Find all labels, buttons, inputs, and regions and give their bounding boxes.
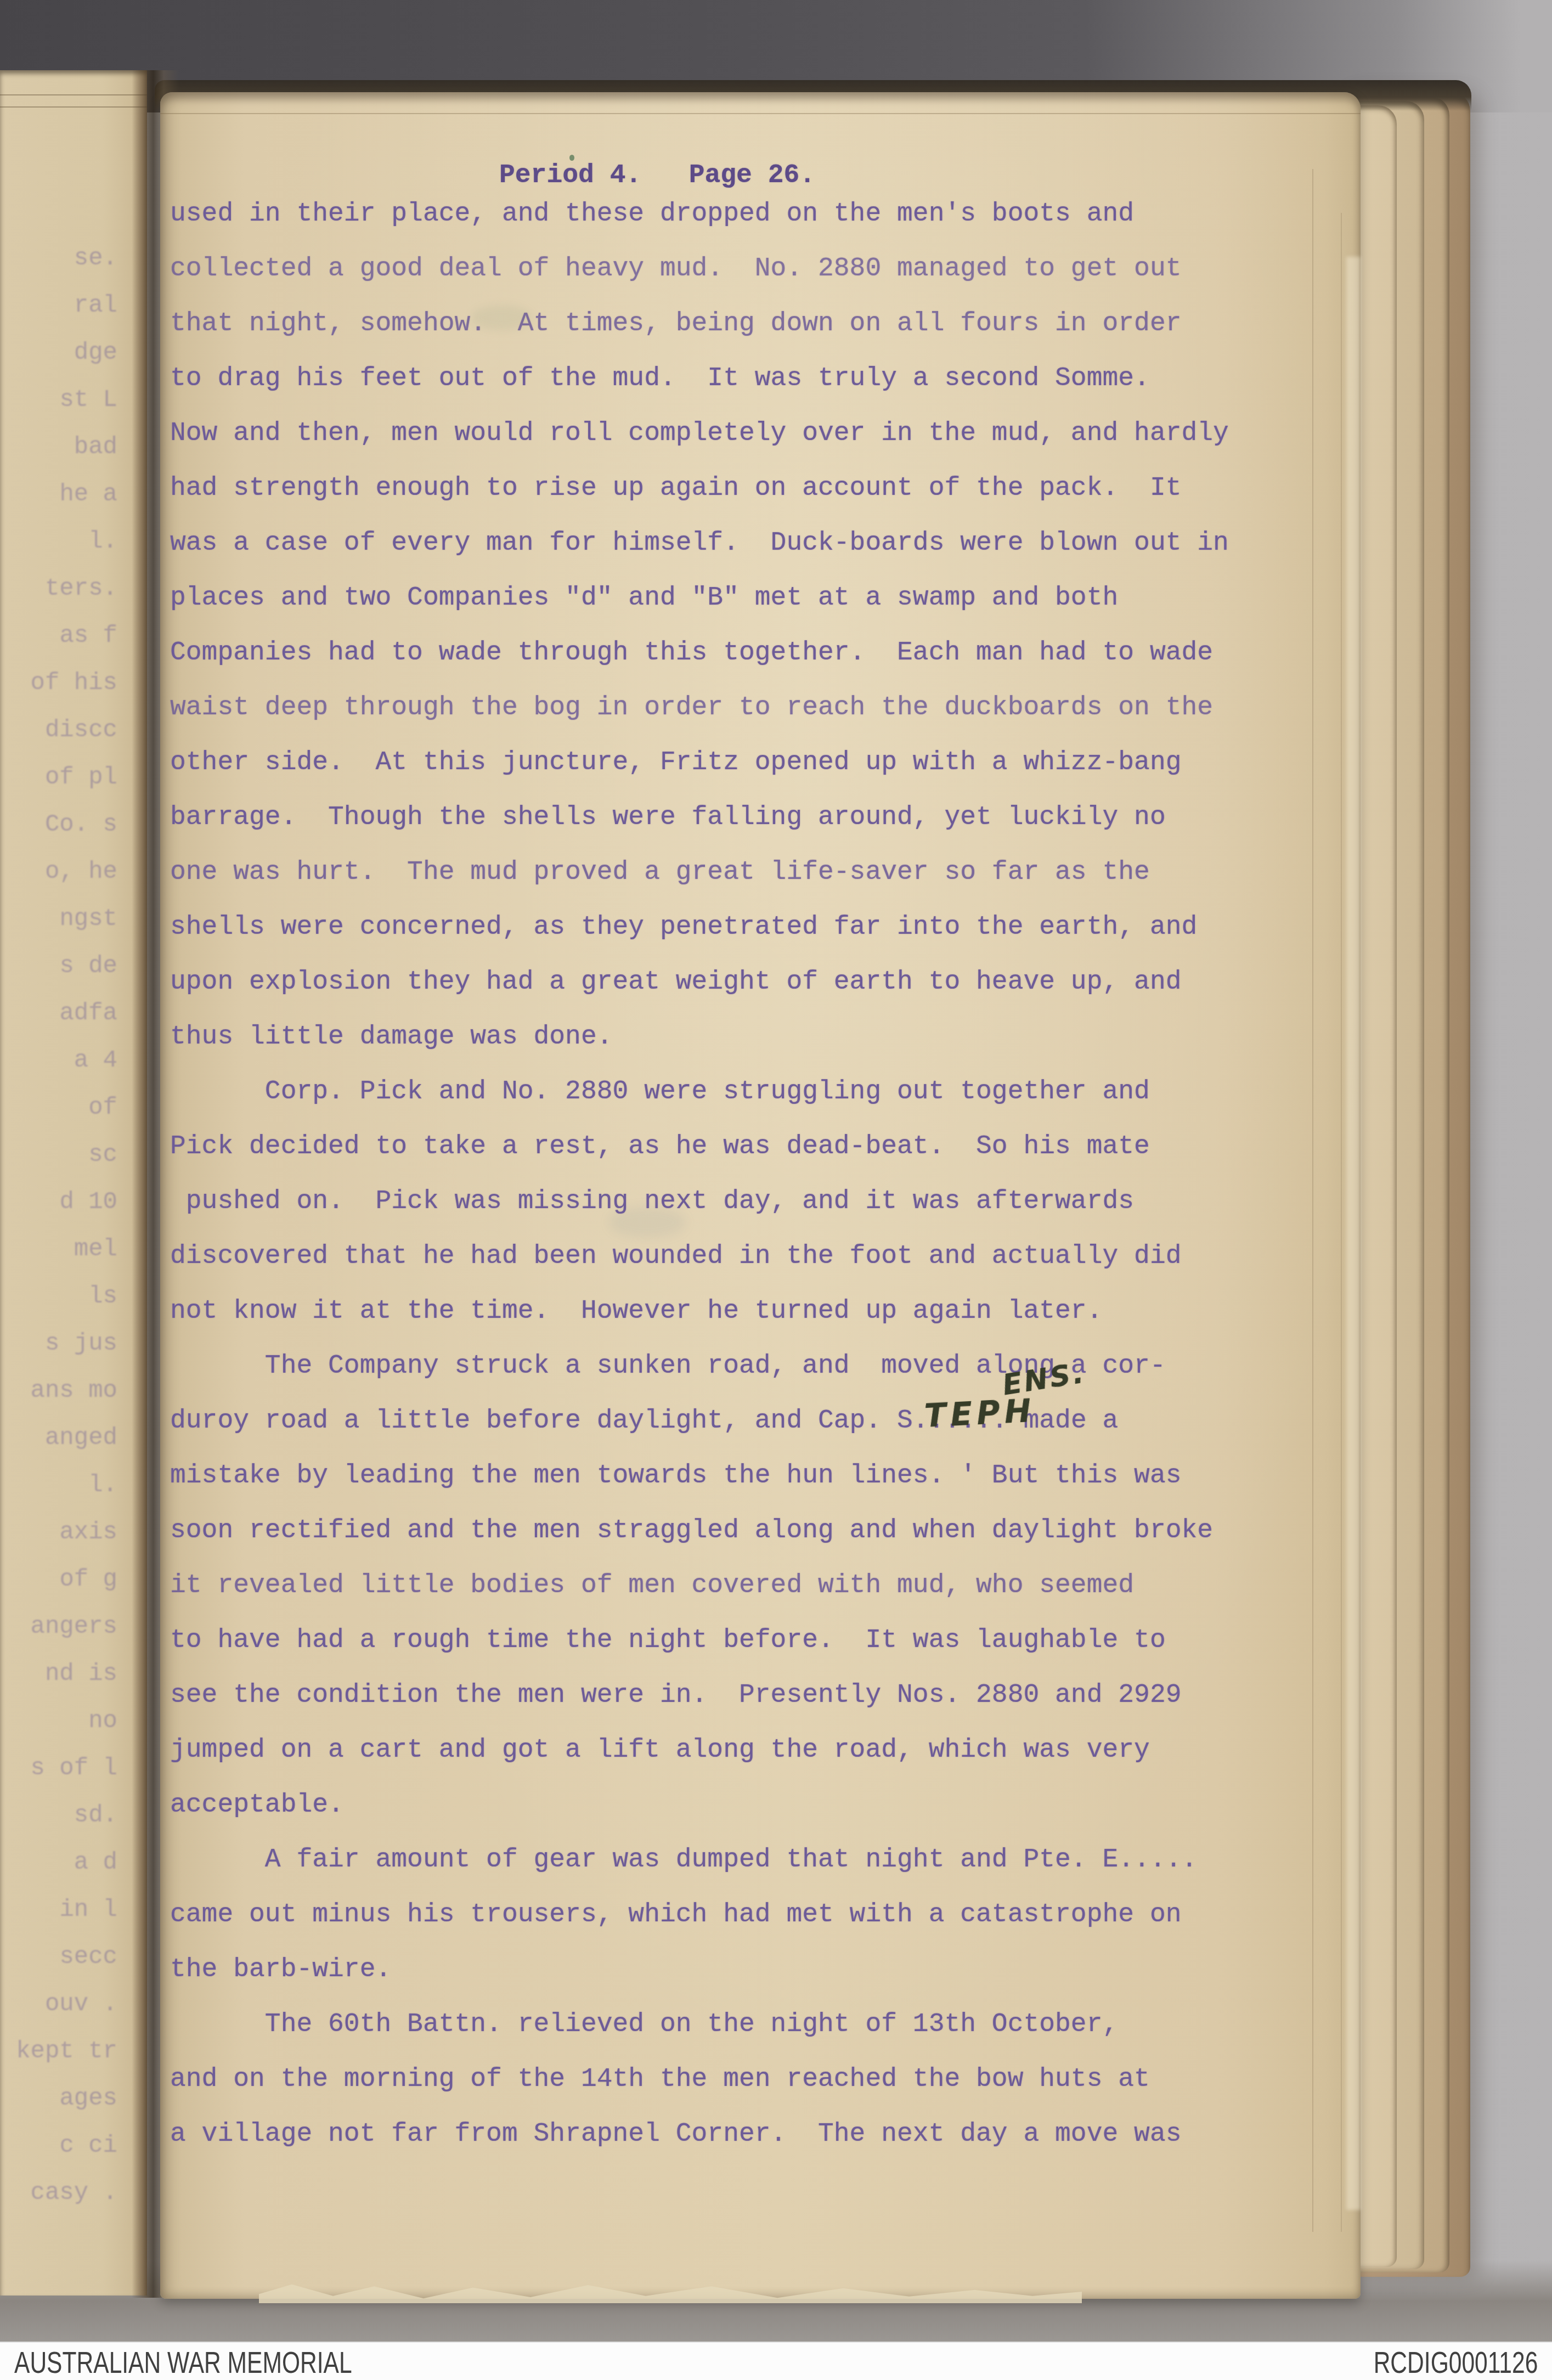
typed-line-censored-name: duroy road a little before daylight, and… — [170, 1394, 1118, 1448]
faint-text-fragment: sd. — [0, 1792, 117, 1839]
faint-text-fragment: sc — [0, 1131, 117, 1178]
faint-text-fragment: l. — [0, 518, 117, 565]
typed-line: jumped on a cart and got a lift along th… — [170, 1723, 1213, 1778]
faint-text-fragment: ans mo — [0, 1367, 117, 1414]
faint-text-fragment: kept tr — [0, 2028, 117, 2075]
faint-text-fragment: d 10 — [0, 1178, 117, 1226]
faint-text-fragment: axis — [0, 1509, 117, 1556]
typed-line: the barb-wire. — [170, 1942, 1213, 1997]
left-page-crease — [0, 106, 147, 108]
faint-text-fragment: secc — [0, 1933, 117, 1981]
typed-line: not know it at the time. However he turn… — [170, 1284, 1229, 1339]
typed-line: discovered that he had been wounded in t… — [170, 1229, 1229, 1284]
censored-name-dots: .....TEPHENS. — [929, 1394, 1008, 1448]
typed-paragraphs-top: used in their place, and these dropped o… — [170, 187, 1229, 1394]
faint-text-fragment: a 4 — [0, 1037, 117, 1084]
typed-line: and on the morning of the 14th the men r… — [170, 2052, 1213, 2107]
typed-line: that night, somehow. At times, being dow… — [170, 296, 1229, 351]
faint-text-fragment: ngst — [0, 895, 117, 943]
typed-line: a village not far from Shrapnel Corner. … — [170, 2107, 1213, 2162]
footer-reference-id: RCDIG0001126 — [1373, 2344, 1538, 2380]
typed-line: it revealed little bodies of men covered… — [170, 1558, 1213, 1613]
faint-text-fragment: ls — [0, 1273, 117, 1320]
typed-line: acceptable. — [170, 1778, 1213, 1832]
faint-text-fragment: discc — [0, 707, 117, 754]
faint-text-fragment: o, he — [0, 848, 117, 895]
page-top-crease — [160, 113, 1361, 114]
faint-text-fragment: ters. — [0, 565, 117, 612]
typed-line: Corp. Pick and No. 2880 were struggling … — [170, 1064, 1229, 1119]
typed-line: shells were concerned, as they penetrate… — [170, 900, 1229, 955]
faint-text-fragment: ouv . — [0, 1981, 117, 2028]
typed-line: places and two Companies "d" and "B" met… — [170, 571, 1229, 625]
faint-text-fragment: dge — [0, 329, 117, 376]
typed-line: came out minus his trousers, which had m… — [170, 1887, 1213, 1942]
typed-line: Now and then, men would roll completely … — [170, 406, 1229, 461]
typed-line: upon explosion they had a great weight o… — [170, 955, 1229, 1009]
faint-text-fragment: nd is — [0, 1650, 117, 1697]
left-page-sliver: se.raldgest Lbadhe al.ters.as fof hisdis… — [0, 70, 147, 2296]
typed-text-before-name: duroy road a little before daylight, and… — [170, 1406, 929, 1436]
faint-text-fragment: of his — [0, 659, 117, 707]
typed-line: to drag his feet out of the mud. It was … — [170, 351, 1229, 406]
footer-archive-name: AUSTRALIAN WAR MEMORIAL — [14, 2344, 352, 2380]
typed-line: see the condition the men were in. Prese… — [170, 1668, 1213, 1723]
faint-text-fragment: casy . — [0, 2169, 117, 2217]
typed-line: mistake by leading the men towards the h… — [170, 1448, 1213, 1503]
typed-line: pushed on. Pick was missing next day, an… — [170, 1174, 1229, 1229]
typed-line: thus little damage was done. — [170, 1009, 1229, 1064]
faint-text-fragment: a d — [0, 1839, 117, 1886]
typed-line: one was hurt. The mud proved a great lif… — [170, 845, 1229, 900]
typed-paragraphs-bottom: mistake by leading the men towards the h… — [170, 1448, 1213, 2162]
typed-line: collected a good deal of heavy mud. No. … — [170, 241, 1229, 296]
page-vertical-crease — [1341, 213, 1342, 2232]
faint-text-fragment: no — [0, 1697, 117, 1745]
faint-text-fragment: of g — [0, 1556, 117, 1603]
torn-bottom-edge — [259, 2279, 1082, 2303]
faint-text-fragment: he a — [0, 471, 117, 518]
faint-text-fragment: se. — [0, 235, 117, 282]
footer-bar: AUSTRALIAN WAR MEMORIAL RCDIG0001126 — [0, 2342, 1552, 2380]
typed-line: soon rectified and the men straggled alo… — [170, 1503, 1213, 1558]
left-page-crease — [0, 94, 147, 95]
faint-text-fragment: mel — [0, 1226, 117, 1273]
faint-text-fragment: st L — [0, 376, 117, 424]
faint-text-fragment: adfa — [0, 990, 117, 1037]
faint-text-fragment: anged — [0, 1414, 117, 1462]
faint-text-fragment: s of l — [0, 1745, 117, 1792]
typed-line: was a case of every man for himself. Duc… — [170, 516, 1229, 571]
typed-line: to have had a rough time the night befor… — [170, 1613, 1213, 1668]
faint-text-fragment: as f — [0, 612, 117, 659]
faint-text-fragment: in l — [0, 1886, 117, 1933]
page-fold-highlight — [1346, 257, 1361, 2210]
typed-line: Pick decided to take a rest, as he was d… — [170, 1119, 1229, 1174]
faint-text-fragment: of — [0, 1084, 117, 1131]
faint-text-fragment: of pl — [0, 754, 117, 801]
left-page-faint-text: se.raldgest Lbadhe al.ters.as fof hisdis… — [0, 235, 121, 2217]
faint-text-fragment: angers — [0, 1603, 117, 1650]
typed-line: The 60th Battn. relieved on the night of… — [170, 1997, 1213, 2052]
page-vertical-crease — [1312, 169, 1313, 2232]
faint-text-fragment: s jus — [0, 1320, 117, 1367]
faint-text-fragment: l. — [0, 1462, 117, 1509]
typed-line: Companies had to wade through this toget… — [170, 625, 1229, 680]
faint-text-fragment: bad — [0, 424, 117, 471]
typed-line: barrage. Though the shells were falling … — [170, 790, 1229, 845]
typed-line: other side. At this juncture, Fritz open… — [170, 735, 1229, 790]
typed-line: used in their place, and these dropped o… — [170, 187, 1229, 241]
faint-text-fragment: ages — [0, 2075, 117, 2122]
typed-line: had strength enough to rise up again on … — [170, 461, 1229, 516]
typed-line: waist deep through the bog in order to r… — [170, 680, 1229, 735]
faint-text-fragment: s de — [0, 943, 117, 990]
faint-text-fragment: Co. s — [0, 801, 117, 848]
faint-text-fragment: c ci — [0, 2122, 117, 2169]
typed-line: A fair amount of gear was dumped that ni… — [170, 1832, 1213, 1887]
faint-text-fragment: ral — [0, 282, 117, 329]
